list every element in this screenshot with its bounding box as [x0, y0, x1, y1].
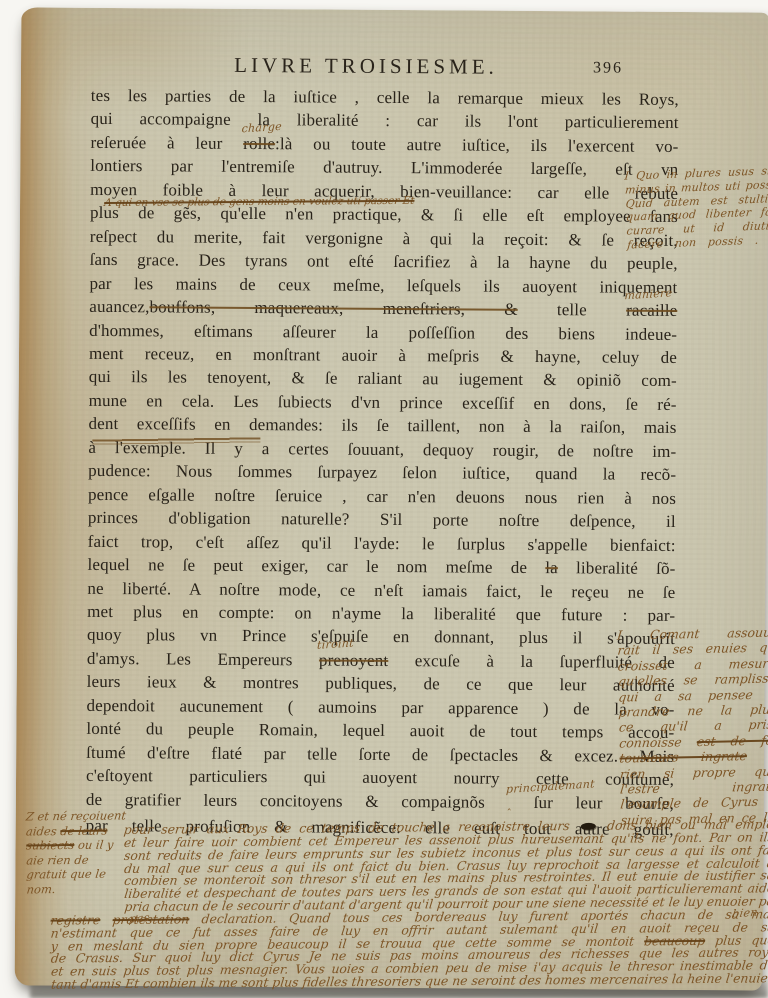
handwritten-note: bien	[731, 906, 758, 919]
running-header-title: LIVRE TROISIESME.	[171, 52, 561, 80]
printed-line: lequel ne ſe peut exiger, car le nom meſ…	[87, 553, 675, 581]
printed-line: auancez,bouffons, maquereaux, meneſtrier…	[89, 295, 677, 323]
struck-text: tousiours ingrate	[619, 748, 748, 765]
printed-line: de gratifier leurs concitoyens & compaig…	[86, 787, 674, 818]
struck-text: est de fai	[696, 732, 768, 749]
ink-blot	[580, 823, 596, 830]
book-page-photo: LIVRE TROISIESME. 396 tes les parties de…	[0, 0, 768, 998]
struck-text: prenoyenttiroint	[319, 650, 388, 669]
printed-line: princes d'obligation naturelle? S'il por…	[88, 506, 676, 534]
handwritten-note: charge	[241, 121, 282, 135]
text-segment: :là ou toute autre iuſtice, ils l'exerce…	[275, 134, 679, 156]
handwritten-note: tiroint	[317, 637, 354, 650]
struck-text: racaillemaniere	[626, 301, 677, 320]
text-segment: telle	[518, 300, 627, 320]
struck-text: bouffons, maquereaux, meneſtriers, &	[149, 297, 517, 319]
text-segment: n	[746, 748, 768, 764]
french-margin-note: I Comant assouuirait il ses enuies qucro…	[617, 625, 768, 828]
handwritten-note: pas	[129, 912, 151, 925]
handwritten-note: maniere	[624, 287, 672, 301]
caret-insertion-mark: ‸	[507, 799, 511, 810]
bottom-manuscript-addition: pour seruir aux Roys de ce temps de touc…	[50, 818, 768, 991]
struck-text: la	[545, 558, 558, 577]
text-segment: principalemant‸	[507, 792, 511, 811]
text-segment: liberalité ſõ-	[558, 558, 676, 578]
book-paper-page: LIVRE TROISIESME. 396 tes les parties de…	[15, 7, 768, 990]
latin-margin-note: I Quo in plures usus sis,minus in multos…	[624, 164, 768, 252]
struck-text: A qui en vse se plus de gens moins en vo…	[103, 195, 415, 209]
printed-line: ſans grace. Des tyrans ont eſté ſacrifie…	[90, 248, 678, 276]
page-number: 396	[593, 59, 623, 77]
struck-text: rollecharge	[243, 134, 275, 153]
